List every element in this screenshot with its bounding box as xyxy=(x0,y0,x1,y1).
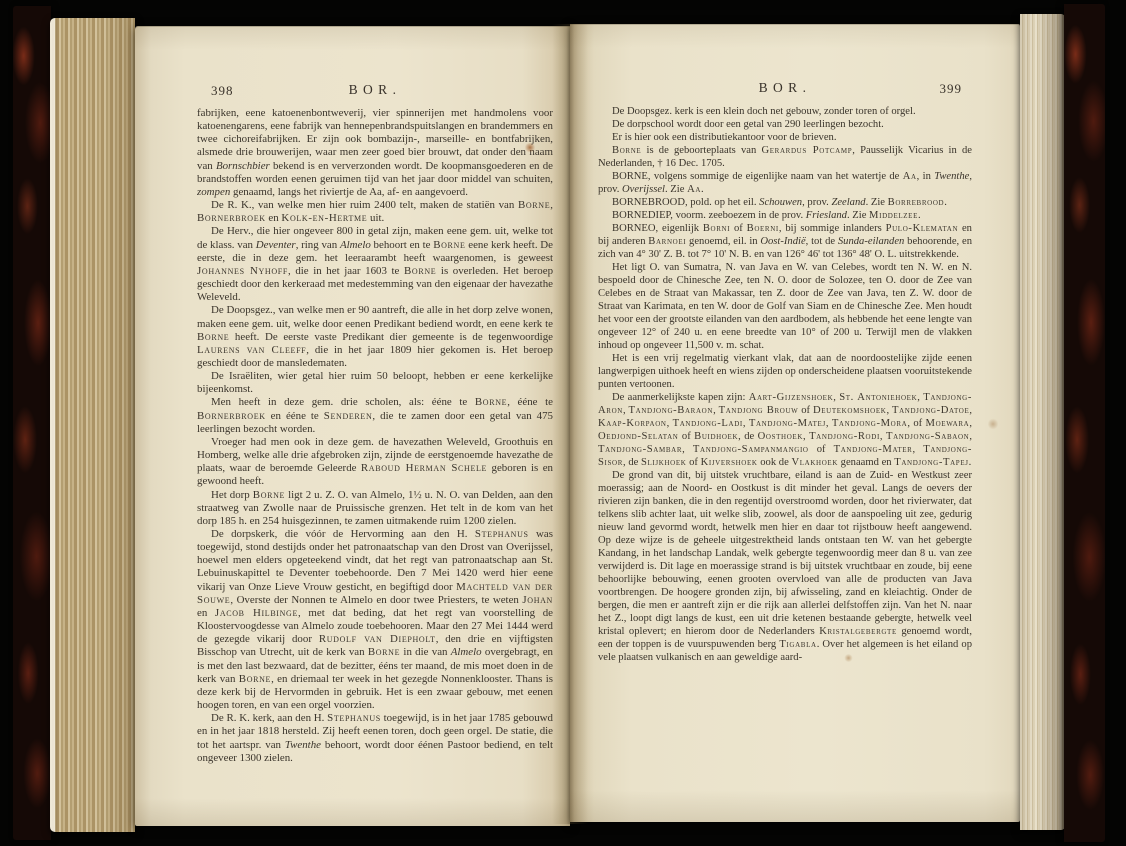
book-photo: { "book": { "left_page": { "page_number"… xyxy=(0,0,1126,846)
paragraph: De Doopsgez., van welke men er 90 aantre… xyxy=(197,304,553,370)
paragraph: Het dorp Borne ligt 2 u. Z. O. van Almel… xyxy=(197,489,553,528)
paragraph: De R. K. kerk, aan den H. Stephanus toeg… xyxy=(197,712,553,765)
left-running-title: BOR. xyxy=(197,82,553,98)
right-page: BOR. 399 De Doopsgez. kerk is een klein … xyxy=(570,24,1020,822)
paragraph: Het ligt O. van Sumatra, N. van Java en … xyxy=(598,261,972,352)
paragraph: De R. K., van welke men hier ruim 2400 t… xyxy=(197,199,553,225)
left-page-edge-stack xyxy=(50,18,135,832)
left-page: 398 BOR. fabrijken, eene katoenenbontwev… xyxy=(135,26,570,826)
right-page-textblock: BOR. 399 De Doopsgez. kerk is een klein … xyxy=(598,80,972,812)
left-page-text: fabrijken, eene katoenenbontweverij, vie… xyxy=(197,107,553,765)
paragraph: Men heeft in deze gem. drie scholen, als… xyxy=(197,396,553,435)
paragraph: Borne is de geboorteplaats van Gerardus … xyxy=(598,144,972,170)
right-cover-marbled-edge xyxy=(1064,4,1105,842)
paragraph: fabrijken, eene katoenenbontweverij, vie… xyxy=(197,107,553,199)
paragraph: BORNEBROOD, pold. op het eil. Schouwen, … xyxy=(598,196,972,209)
paragraph: De grond van dit, bij uitstek vruchtbare… xyxy=(598,469,972,664)
left-page-header: 398 BOR. xyxy=(197,82,553,102)
paragraph: De aanmerkelijkste kapen zijn: Aart-Gijz… xyxy=(598,391,972,469)
paragraph: De Israëliten, wier getal hier ruim 50 b… xyxy=(197,370,553,396)
open-book: 398 BOR. fabrijken, eene katoenenbontwev… xyxy=(0,0,1126,846)
paragraph: BORNEDIEP, voorm. zeeboezem in de prov. … xyxy=(598,209,972,222)
right-page-number: 399 xyxy=(940,81,963,97)
right-page-text: De Doopsgez. kerk is een klein doch net … xyxy=(598,105,972,664)
paragraph: De dorpskerk, die vóór de Hervorming aan… xyxy=(197,528,553,712)
right-page-edge-stack xyxy=(1020,14,1065,830)
paragraph: Het is een vrij regelmatig vierkant vlak… xyxy=(598,352,972,391)
paragraph: De Doopsgez. kerk is een klein doch net … xyxy=(598,105,972,118)
right-running-title: BOR. xyxy=(598,80,972,96)
paragraph: De Herv., die hier ongeveer 800 in getal… xyxy=(197,225,553,304)
left-cover-marbled-edge xyxy=(13,6,51,840)
paragraph: BORNEO, eigenlijk Borni of Boerni, bij s… xyxy=(598,222,972,261)
paragraph: De dorpschool wordt door een getal van 2… xyxy=(598,118,972,131)
right-page-header: BOR. 399 xyxy=(598,80,972,100)
paragraph: Er is hier ook een distributiekantoor vo… xyxy=(598,131,972,144)
paragraph: BORNE, volgens sommige de eigenlijke naa… xyxy=(598,170,972,196)
left-page-textblock: 398 BOR. fabrijken, eene katoenenbontwev… xyxy=(197,82,553,824)
paragraph: Vroeger had men ook in deze gem. de have… xyxy=(197,436,553,489)
